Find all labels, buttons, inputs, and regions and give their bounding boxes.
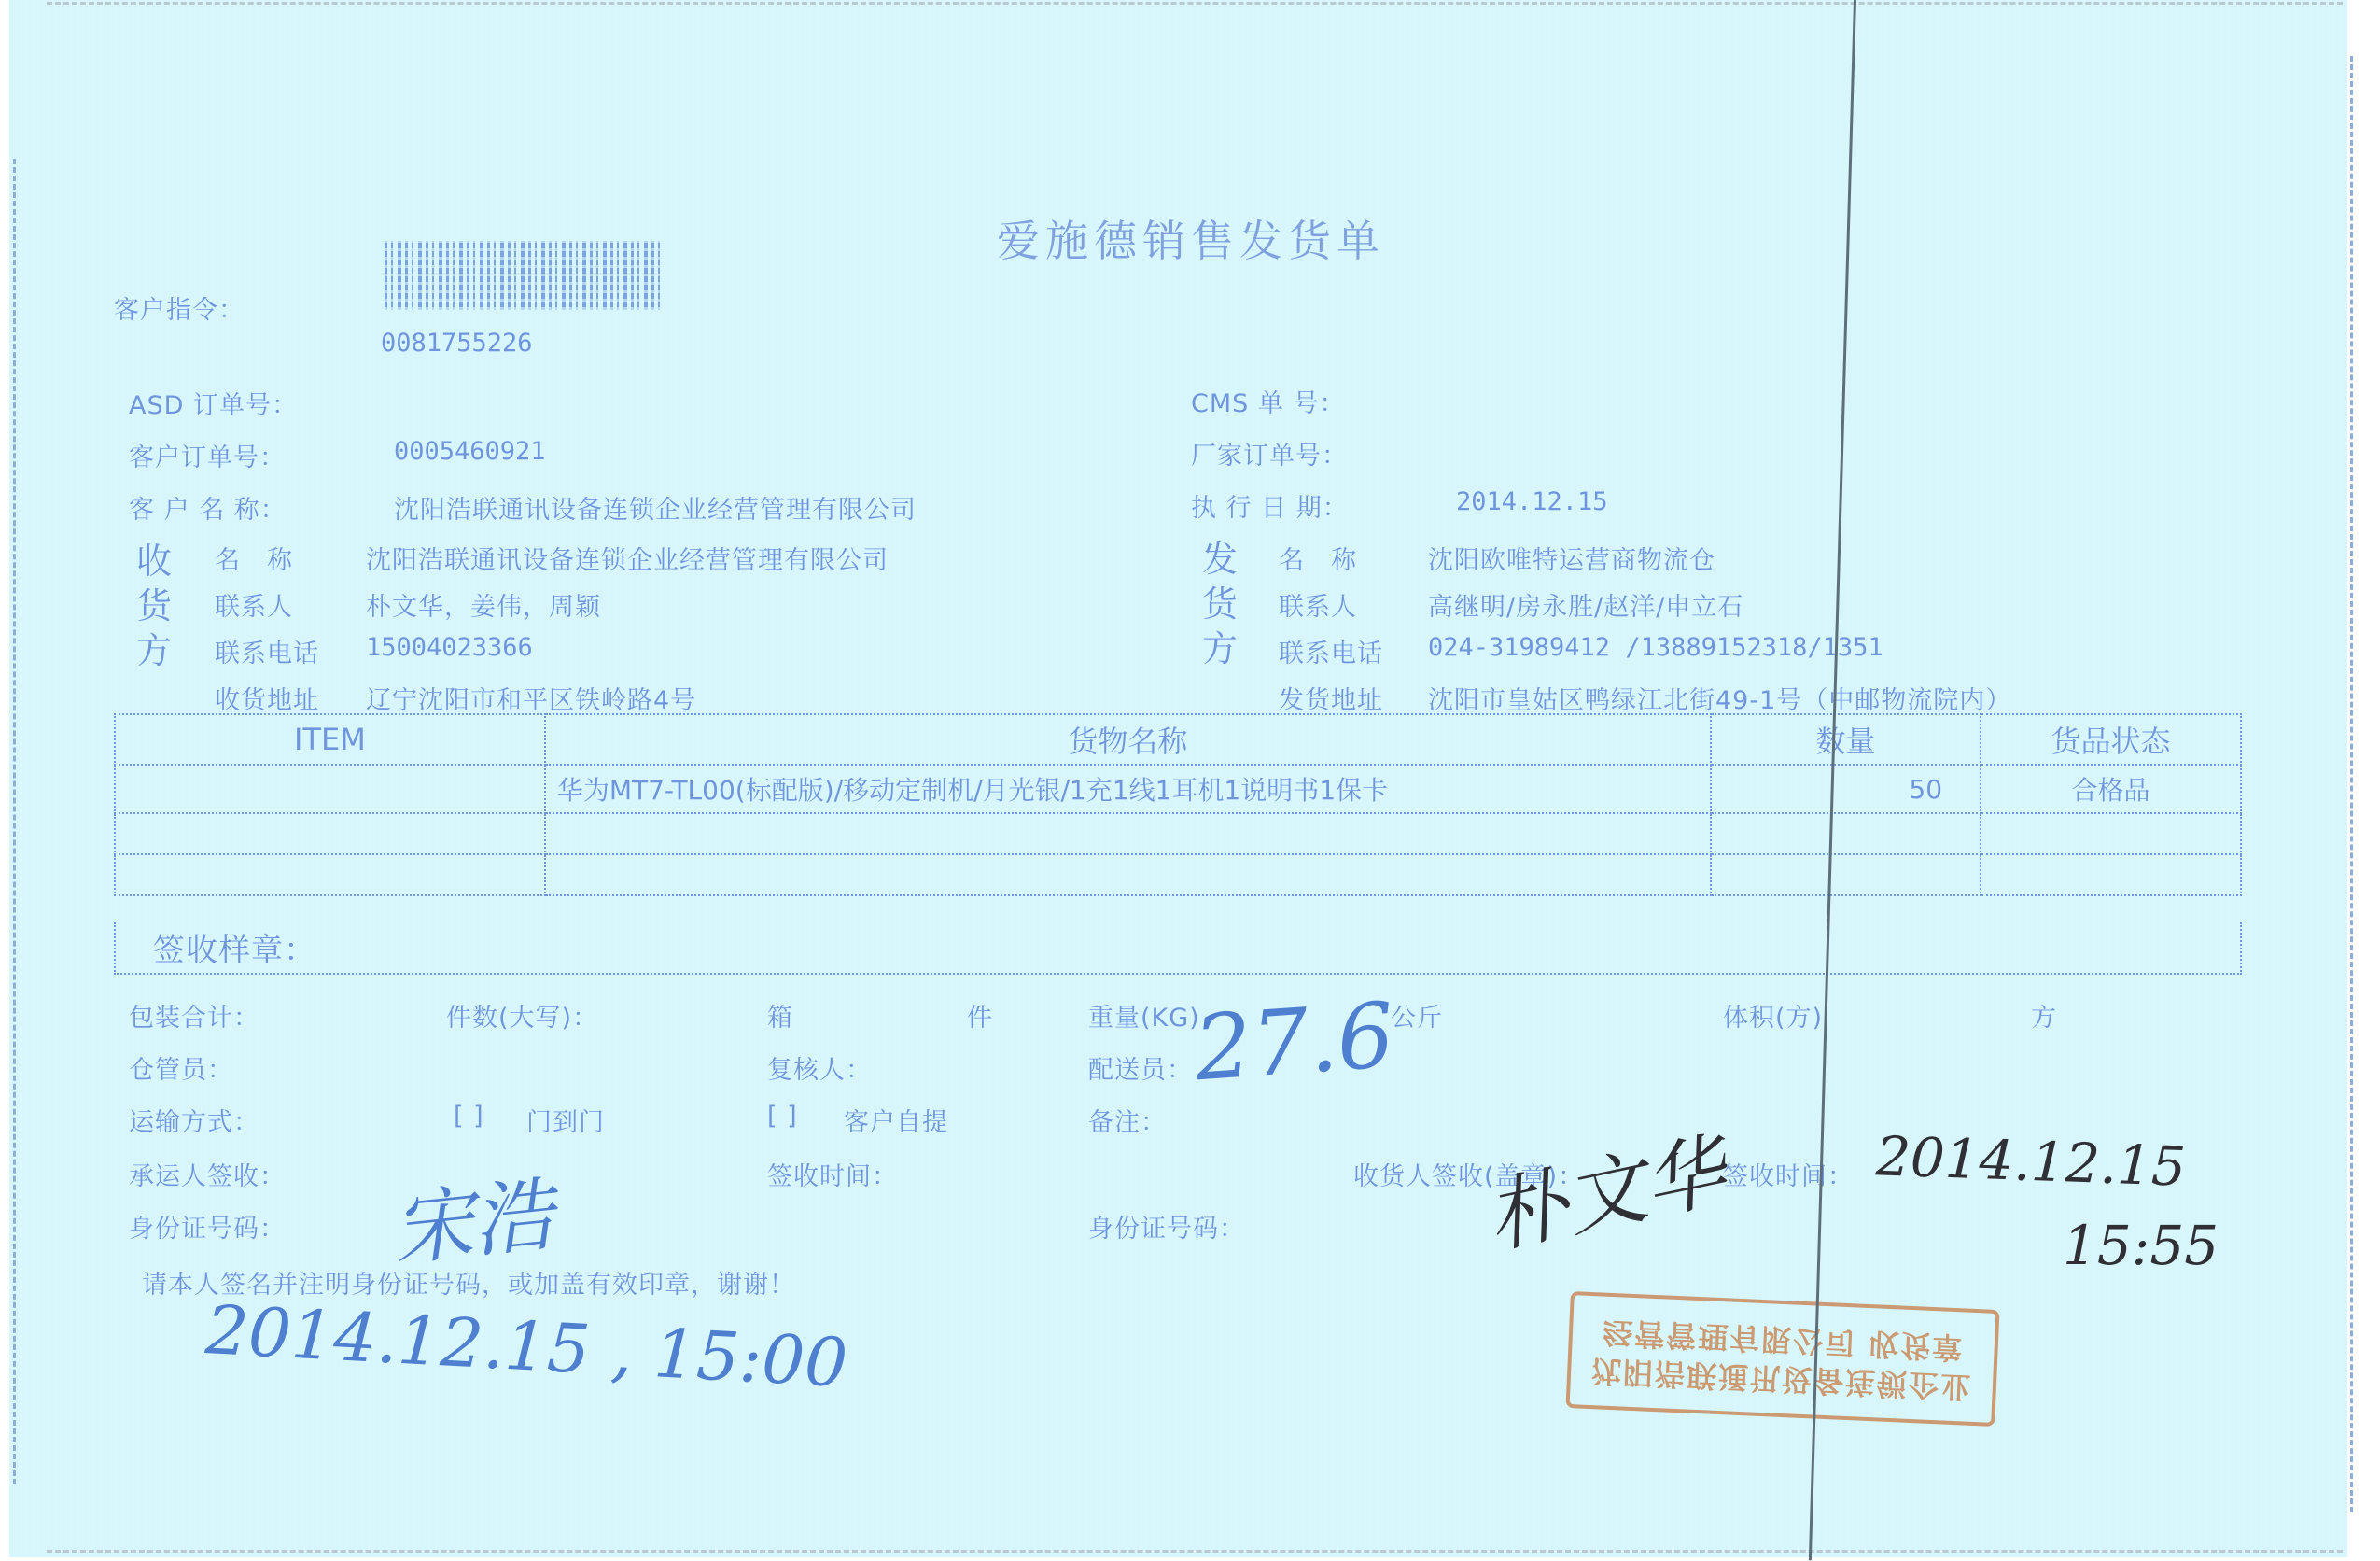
shipper-side-char-3: 方 [1202, 620, 1239, 671]
self-pickup-checkbox[interactable]: [ ] [767, 1102, 798, 1131]
execution-date-value: 2014.12.15 [1456, 487, 1608, 516]
cell-goods-status [1981, 813, 2241, 854]
cell-goods-status [1981, 854, 2241, 895]
goods-table-header: ITEM 货物名称 数量 货品状态 [115, 714, 2241, 765]
table-row [115, 854, 2241, 895]
shipper-contact-value: 高继明/房永胜/赵洋/申立石 [1428, 586, 1743, 623]
perforation-bottom [47, 1550, 2343, 1556]
weight-label: 重量(KG) [1088, 997, 1200, 1034]
delivery-person-label: 配送员： [1088, 1049, 1193, 1086]
carrier-sign-label: 承运人签收： [129, 1156, 286, 1192]
sign-sample-area: 签收样章： [114, 922, 2242, 975]
receiver-address-value: 辽宁沈阳市和平区铁岭路4号 [366, 680, 696, 716]
shipper-side-char-1: 发 [1202, 530, 1239, 582]
receiver-side-char-1: 收 [136, 532, 173, 584]
receiver-side-char-3: 方 [136, 622, 173, 673]
door-to-door-checkbox[interactable]: [ ] [454, 1102, 484, 1131]
checker-label: 复核人： [767, 1049, 872, 1086]
customer-order-value: 0005460921 [394, 437, 546, 466]
handwritten-receiver-sign-clock: 15:55 [2063, 1214, 2219, 1277]
remarks-label: 备注： [1088, 1102, 1167, 1138]
barcode [385, 241, 665, 310]
header-goods-status: 货品状态 [1981, 714, 2241, 765]
shipper-address-label: 发货地址 [1279, 680, 1383, 716]
handwritten-weight: 27.6 [1191, 983, 1397, 1102]
document-title: 爱施德销售发货单 [997, 207, 1385, 269]
shipper-address-value: 沈阳市皇姑区鸭绿江北街49-1号（中邮物流院内） [1428, 680, 2011, 716]
handwritten-carrier-signature: 宋浩 [386, 1149, 558, 1281]
cell-quantity [1711, 813, 1981, 854]
door-to-door-label: 门到门 [526, 1102, 605, 1138]
shipper-name-label: 名 称 [1279, 540, 1357, 576]
receiver-contact-label: 联系人 [215, 586, 293, 623]
cell-goods-name [545, 854, 1711, 895]
package-total-label: 包装合计： [129, 997, 259, 1034]
tractor-edge-left [13, 159, 20, 1484]
receiver-contact-value: 朴文华，姜伟，周颖 [366, 586, 601, 623]
handwritten-receiver-sign-date: 2014.12.15 [1875, 1124, 2187, 1199]
receiver-side-char-2: 货 [136, 577, 173, 628]
carrier-sign-time-label: 签收时间： [767, 1156, 898, 1192]
volume-unit: 方 [2031, 997, 2057, 1034]
receiver-phone-value: 15004023366 [366, 633, 533, 662]
cell-item [115, 813, 545, 854]
header-goods-name: 货物名称 [545, 714, 1711, 765]
barcode-number: 0081755226 [381, 329, 533, 358]
receipt-stamp: 经营管理有限公司 收货章 沈阳浩联通讯设备连锁企业 [1565, 1291, 1999, 1427]
asd-order-label: ASD 订单号： [129, 385, 298, 421]
perforation-top [47, 2, 2343, 8]
shipper-contact-label: 联系人 [1279, 586, 1357, 623]
customer-order-label: 客户订单号： [129, 437, 286, 473]
sign-sample-label: 签收样章： [153, 924, 316, 970]
self-pickup-label: 客户自提 [844, 1102, 948, 1138]
receiver-name-value: 沈阳浩联通讯设备连锁企业经营管理有限公司 [366, 540, 889, 576]
cell-quantity [1711, 854, 1981, 895]
receiver-name-label: 名 称 [215, 540, 293, 576]
box-label: 箱 [767, 997, 793, 1034]
goods-table: ITEM 货物名称 数量 货品状态 华为MT7-TL00(标配版)/移动定制机/… [114, 713, 2242, 896]
piece-count-label: 件数(大写)： [446, 997, 598, 1034]
cell-goods-name: 华为MT7-TL00(标配版)/移动定制机/月光银/1充1线1耳机1说明书1保卡 [545, 765, 1711, 813]
cell-quantity: 50 [1711, 765, 1981, 813]
piece-label: 件 [967, 997, 993, 1034]
manufacturer-order-label: 厂家订单号： [1191, 435, 1348, 471]
transport-method-label: 运输方式： [129, 1102, 259, 1138]
table-row: 华为MT7-TL00(标配版)/移动定制机/月光银/1充1线1耳机1说明书1保卡… [115, 765, 2241, 813]
cell-item [115, 854, 545, 895]
shipper-side-char-2: 货 [1202, 575, 1239, 626]
customer-name-label: 客 户 名 称： [129, 489, 287, 526]
carrier-id-label: 身份证号码： [129, 1208, 286, 1245]
customer-instruction-label: 客户指令： [114, 289, 245, 326]
execution-date-label: 执 行 日 期： [1191, 487, 1349, 524]
cms-no-label: CMS 单 号： [1191, 383, 1345, 419]
volume-label: 体积(方) [1723, 997, 1823, 1034]
shipper-phone-label: 联系电话 [1279, 633, 1383, 669]
table-row [115, 813, 2241, 854]
shipper-name-value: 沈阳欧唯特运营商物流仓 [1428, 540, 1715, 576]
warehouse-keeper-label: 仓管员： [129, 1049, 233, 1086]
receiver-id-label: 身份证号码： [1088, 1208, 1245, 1245]
receiver-phone-label: 联系电话 [215, 633, 319, 669]
cell-item [115, 765, 545, 813]
cell-goods-name [545, 813, 1711, 854]
receiver-sign-time-label: 签收时间： [1723, 1156, 1854, 1192]
customer-name-value: 沈阳浩联通讯设备连锁企业经营管理有限公司 [394, 489, 917, 526]
cell-goods-status: 合格品 [1981, 765, 2241, 813]
header-item: ITEM [115, 714, 545, 765]
header-quantity: 数量 [1711, 714, 1981, 765]
weight-unit: 公斤 [1391, 997, 1443, 1034]
receiver-address-label: 收货地址 [215, 680, 319, 716]
tractor-edge-right [2350, 56, 2357, 1512]
shipper-phone-value: 024-31989412 /13889152318/1351 [1428, 633, 1883, 662]
